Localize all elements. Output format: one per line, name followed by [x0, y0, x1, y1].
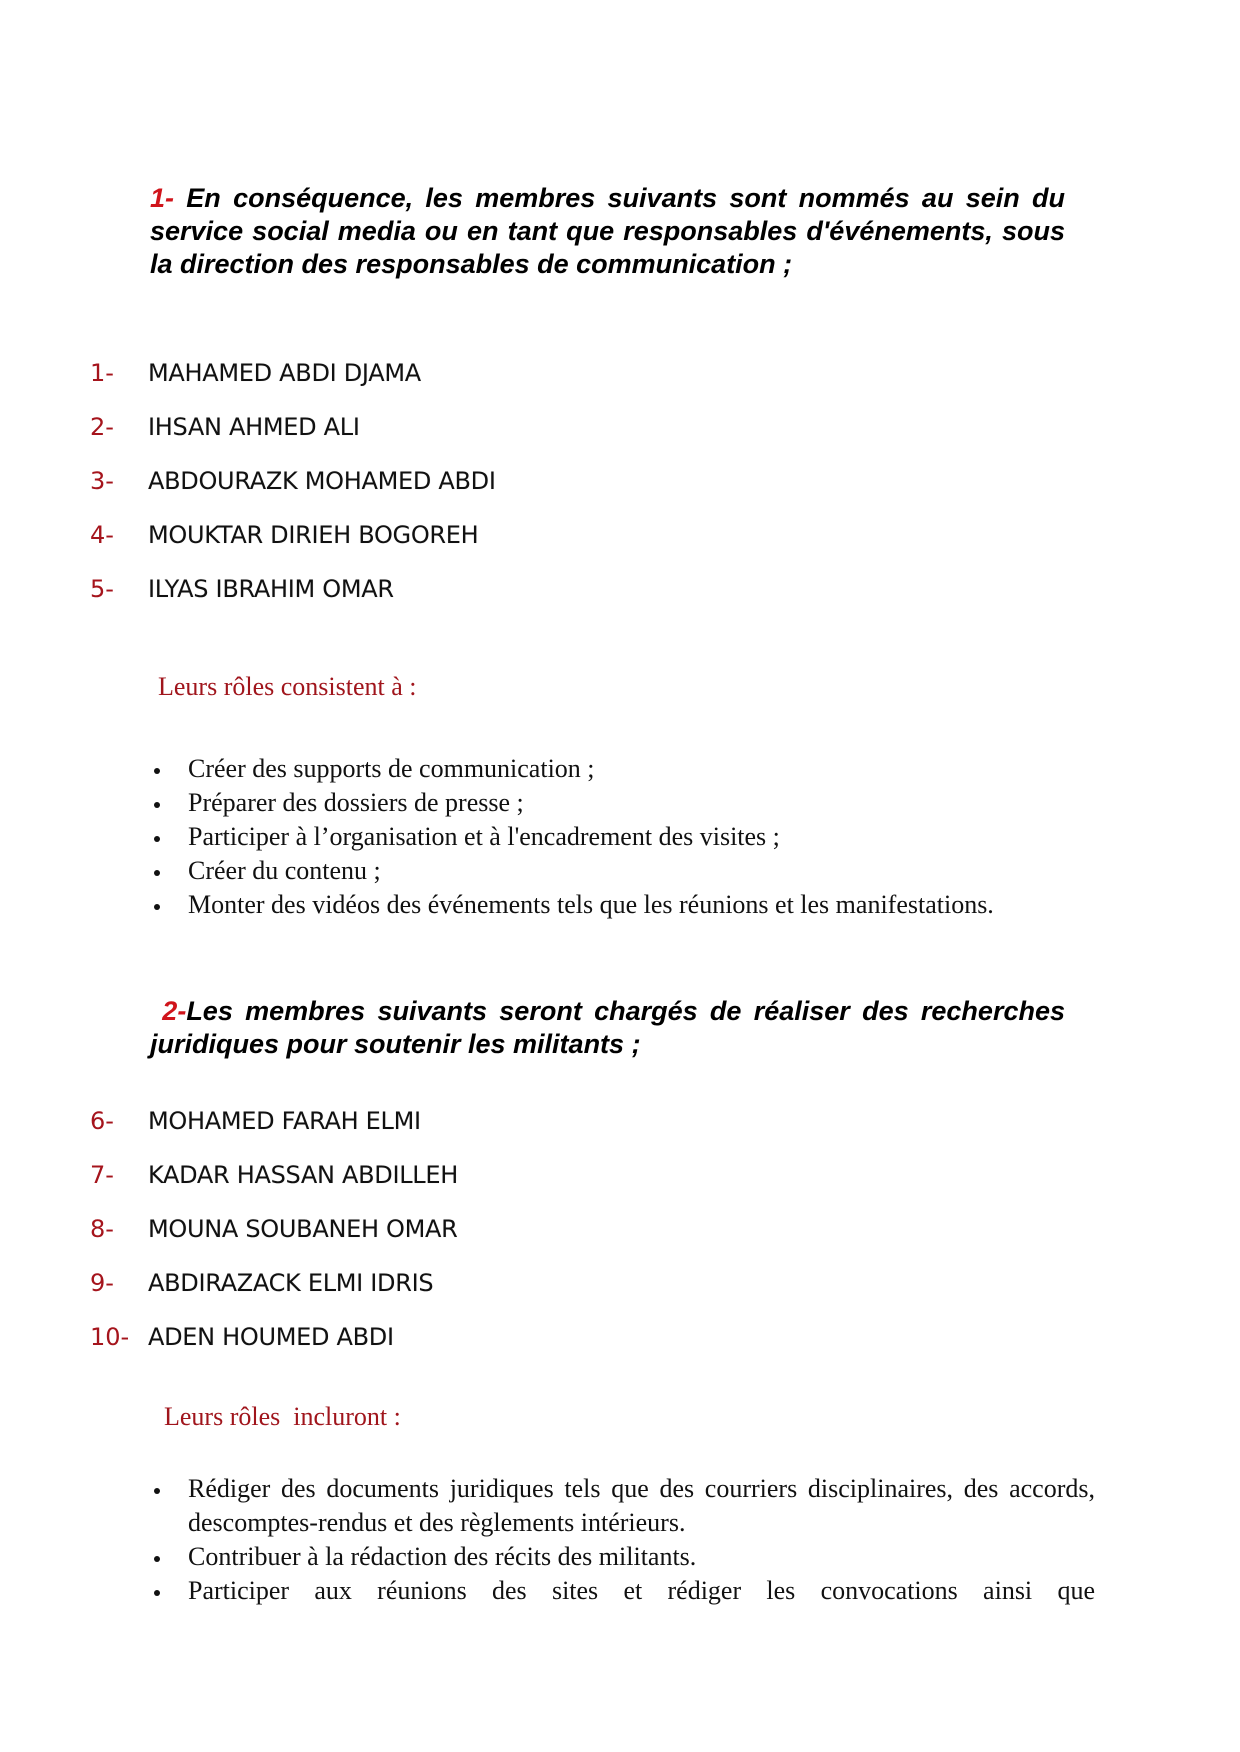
role-item: Créer du contenu ; — [150, 854, 1095, 888]
document-page: 1- En conséquence, les membres suivants … — [0, 0, 1240, 1752]
role-text: Contribuer à la rédaction des récits des… — [188, 1542, 696, 1571]
section-1-roles-title: Leurs rôles consistent à : — [158, 672, 417, 702]
member-name: IHSAN AHMED ALI — [148, 413, 360, 441]
member-number: 7- — [90, 1161, 114, 1189]
member-item: 8-MOUNA SOUBANEH OMAR — [0, 1215, 700, 1269]
member-item: 9-ABDIRAZACK ELMI IDRIS — [0, 1269, 700, 1323]
section-1-heading-text: En conséquence, les membres suivants son… — [150, 183, 1065, 279]
section-2-roles-title: Leurs rôles incluront : — [164, 1402, 401, 1432]
member-number: 3- — [90, 467, 114, 495]
member-name: MAHAMED ABDI DJAMA — [148, 359, 421, 387]
member-name: ADEN HOUMED ABDI — [148, 1323, 394, 1351]
member-item: 5-ILYAS IBRAHIM OMAR — [0, 575, 700, 629]
member-item: 3-ABDOURAZK MOHAMED ABDI — [0, 467, 700, 521]
section-2-roles-list: Rédiger des documents juridiques tels qu… — [150, 1472, 1095, 1608]
section-2-members-list: 6-MOHAMED FARAH ELMI 7-KADAR HASSAN ABDI… — [0, 1107, 700, 1377]
role-text: Monter des vidéos des événements tels qu… — [188, 890, 994, 919]
role-text: Rédiger des documents juridiques tels qu… — [188, 1474, 1095, 1537]
member-number: 8- — [90, 1215, 114, 1243]
section-2-heading-text: Les membres suivants seront chargés de r… — [150, 996, 1065, 1059]
member-item: 1-MAHAMED ABDI DJAMA — [0, 359, 700, 413]
section-1-heading: 1- En conséquence, les membres suivants … — [150, 182, 1065, 281]
section-2-heading: 2-Les membres suivants seront chargés de… — [150, 995, 1065, 1061]
role-item: Participer aux réunions des sites et réd… — [150, 1574, 1095, 1608]
member-name: ABDOURAZK MOHAMED ABDI — [148, 467, 496, 495]
role-text: Créer du contenu ; — [188, 856, 381, 885]
member-name: ILYAS IBRAHIM OMAR — [148, 575, 394, 603]
member-number: 2- — [90, 413, 114, 441]
section-1-members-list: 1-MAHAMED ABDI DJAMA 2-IHSAN AHMED ALI 3… — [0, 359, 700, 629]
role-text: Préparer des dossiers de presse ; — [188, 788, 524, 817]
member-name: MOHAMED FARAH ELMI — [148, 1107, 421, 1135]
role-text: Créer des supports de communication ; — [188, 754, 595, 783]
role-item: Monter des vidéos des événements tels qu… — [150, 888, 1095, 922]
member-number: 4- — [90, 521, 114, 549]
member-number: 5- — [90, 575, 114, 603]
member-name: KADAR HASSAN ABDILLEH — [148, 1161, 458, 1189]
role-item: Créer des supports de communication ; — [150, 752, 1095, 786]
member-name: ABDIRAZACK ELMI IDRIS — [148, 1269, 433, 1297]
role-item: Participer à l’organisation et à l'encad… — [150, 820, 1095, 854]
member-number: 6- — [90, 1107, 114, 1135]
section-1-number: 1- — [150, 183, 174, 213]
member-name: MOUKTAR DIRIEH BOGOREH — [148, 521, 478, 549]
section-2-number: 2- — [162, 996, 186, 1026]
role-text: Participer à l’organisation et à l'encad… — [188, 822, 780, 851]
member-item: 7-KADAR HASSAN ABDILLEH — [0, 1161, 700, 1215]
member-name: MOUNA SOUBANEH OMAR — [148, 1215, 458, 1243]
member-number: 10- — [90, 1323, 129, 1351]
role-item: Rédiger des documents juridiques tels qu… — [150, 1472, 1095, 1540]
section-1-roles-list: Créer des supports de communication ; Pr… — [150, 752, 1095, 922]
role-item: Contribuer à la rédaction des récits des… — [150, 1540, 1095, 1574]
role-item: Préparer des dossiers de presse ; — [150, 786, 1095, 820]
member-item: 2-IHSAN AHMED ALI — [0, 413, 700, 467]
role-text: Participer aux réunions des sites et réd… — [188, 1576, 1095, 1605]
member-item: 10-ADEN HOUMED ABDI — [0, 1323, 700, 1377]
member-item: 6-MOHAMED FARAH ELMI — [0, 1107, 700, 1161]
member-number: 9- — [90, 1269, 114, 1297]
member-item: 4-MOUKTAR DIRIEH BOGOREH — [0, 521, 700, 575]
member-number: 1- — [90, 359, 114, 387]
